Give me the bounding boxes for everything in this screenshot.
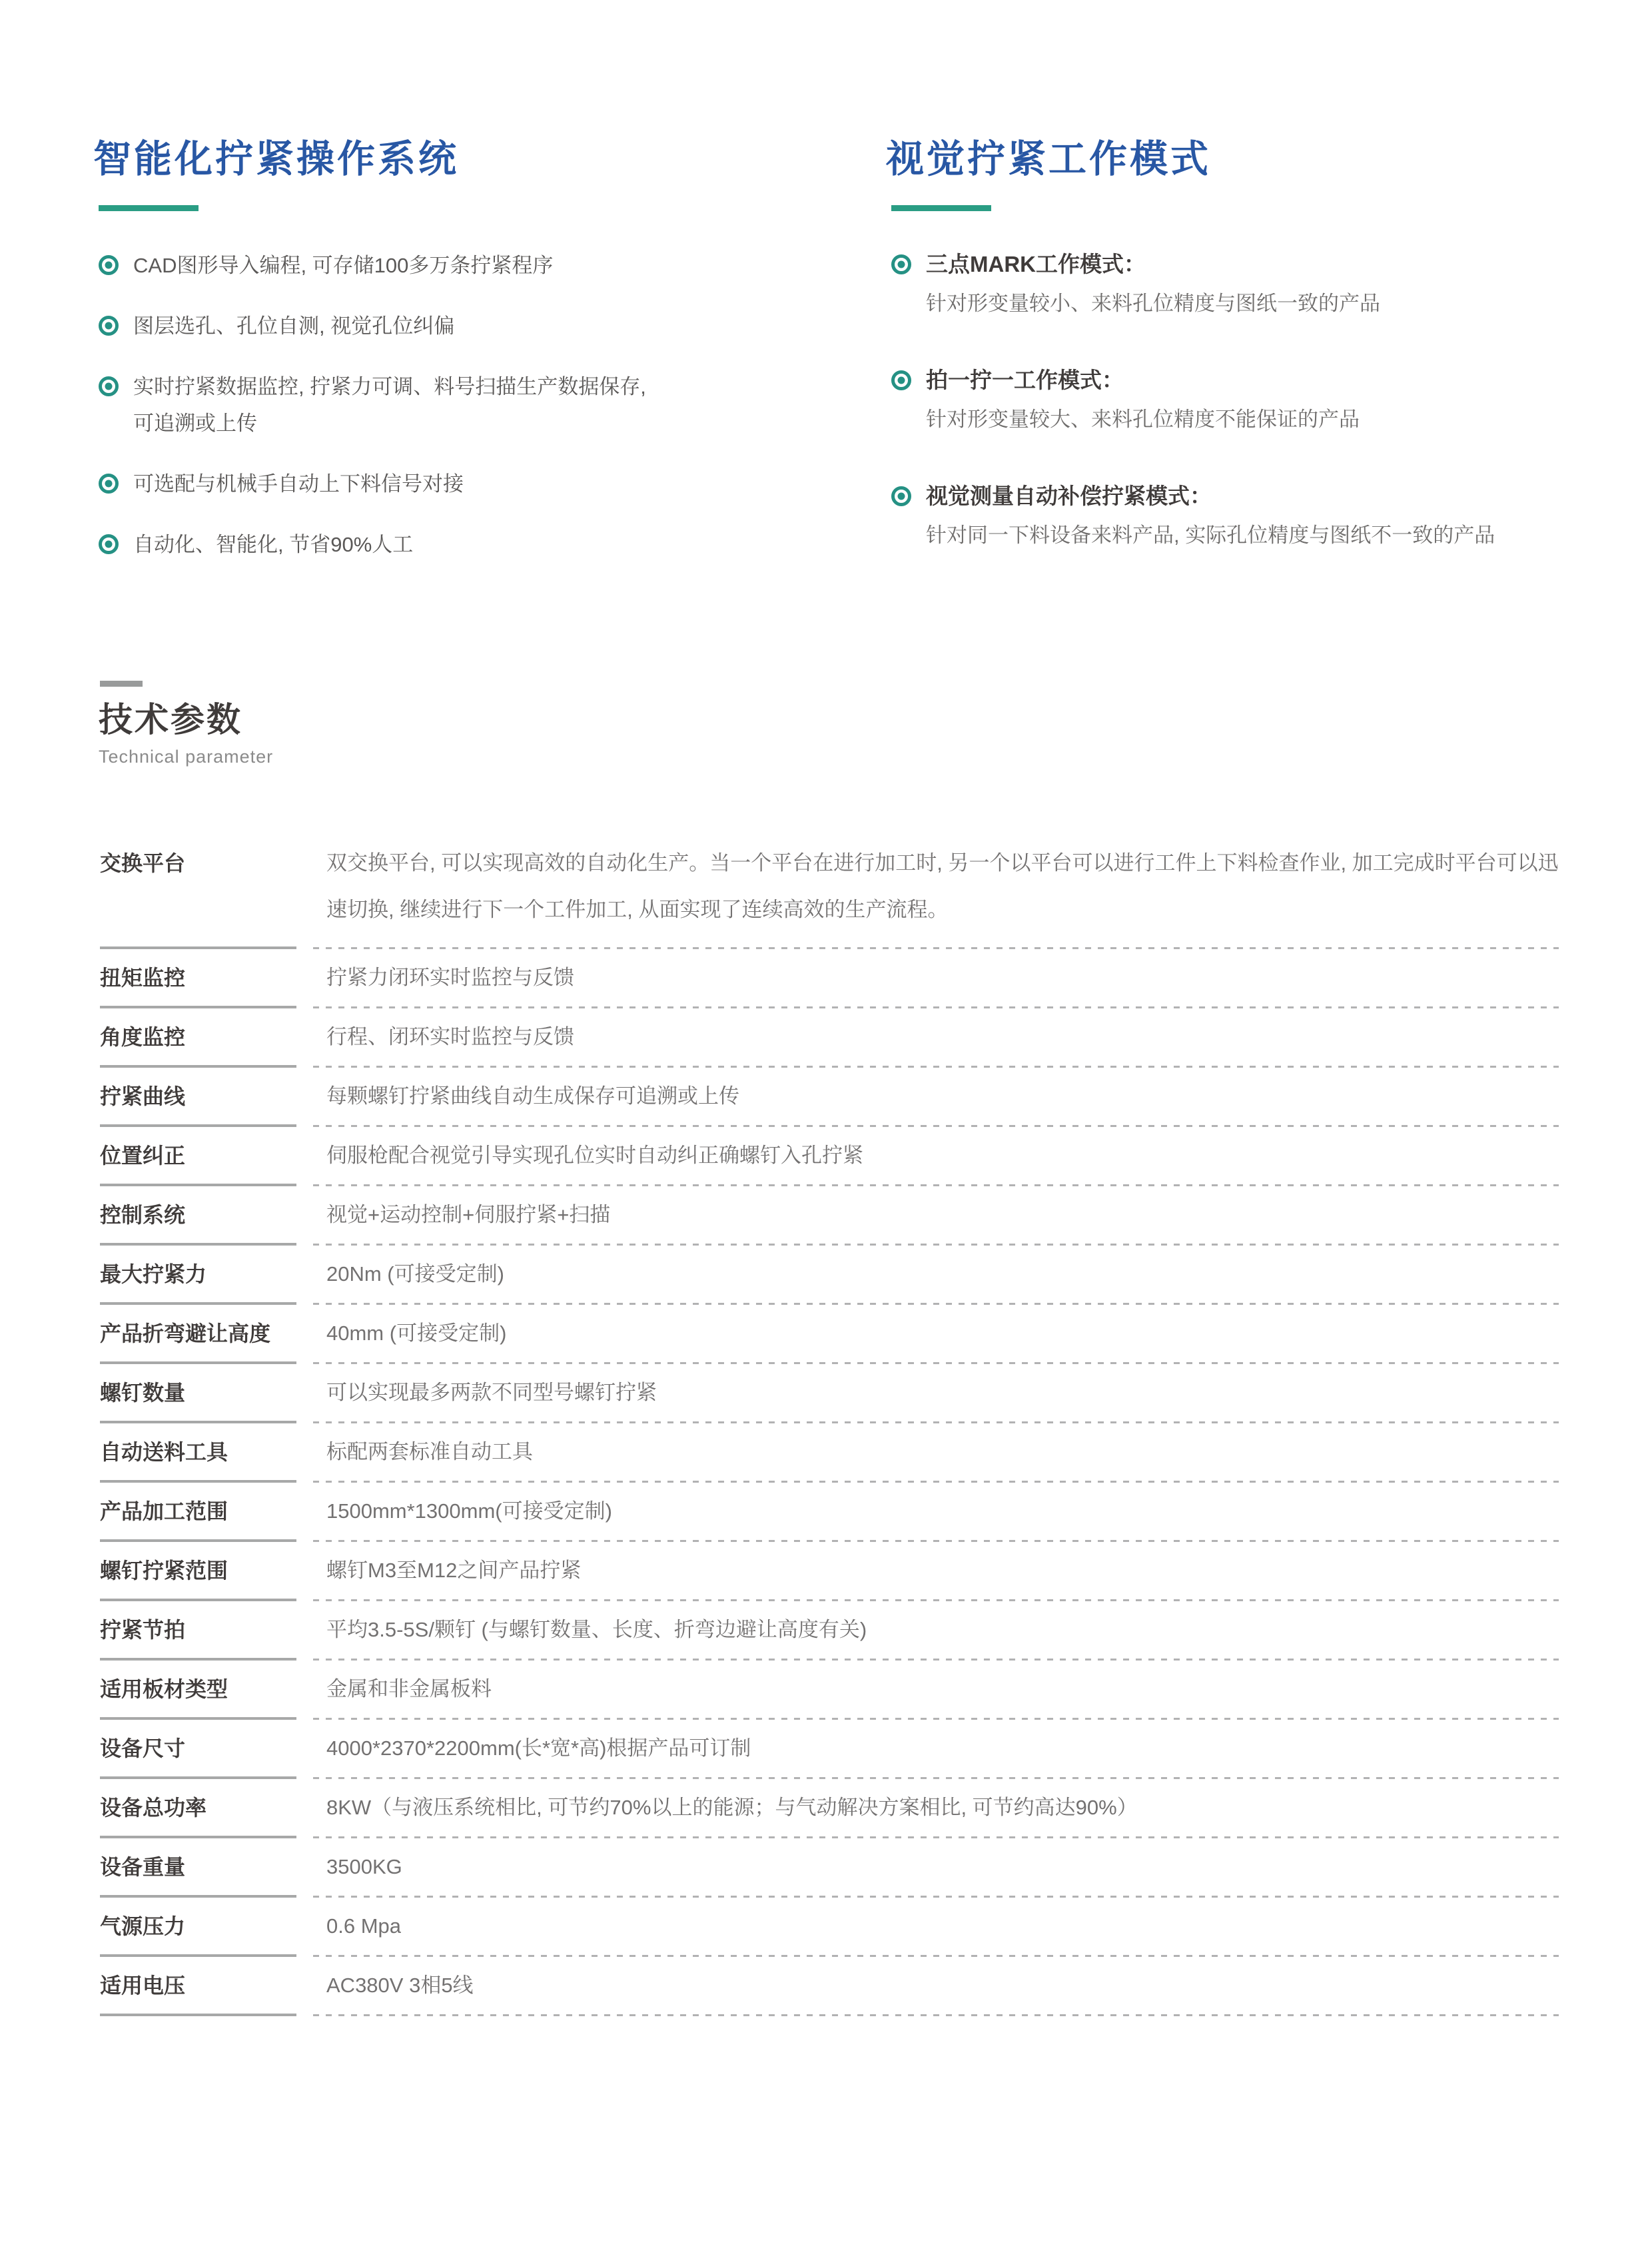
- row-divider: [100, 1954, 1559, 1957]
- row-divider: [100, 946, 1559, 949]
- divider-solid-segment: [100, 1954, 296, 1957]
- list-item: 可选配与机械手自动上下料信号对接: [93, 466, 859, 502]
- table-row: 交换平台 双交换平台, 可以实现高效的自动化生产。当一个平台在进行加工时, 另一…: [100, 829, 1559, 946]
- list-item: 视觉测量自动补偿拧紧模式： 针对同一下料设备来料产品, 实际孔位精度与图纸不一致…: [886, 479, 1632, 552]
- bullet-dot: [898, 261, 905, 268]
- divider-solid-segment: [100, 1599, 296, 1601]
- row-divider: [100, 2014, 1559, 2016]
- table-row: 位置纠正 伺服枪配合视觉引导实现孔位实时自动纠正确螺钉入孔拧紧: [100, 1127, 1559, 1184]
- table-row: 螺钉数量 可以实现最多两款不同型号螺钉拧紧: [100, 1364, 1559, 1421]
- section-title-right: 视觉拧紧工作模式: [886, 139, 1632, 180]
- spec-label: 螺钉拧紧范围: [100, 1556, 326, 1585]
- row-divider: [100, 1599, 1559, 1601]
- spec-table: 交换平台 双交换平台, 可以实现高效的自动化生产。当一个平台在进行加工时, 另一…: [100, 829, 1559, 2016]
- spec-value: 可以实现最多两款不同型号螺钉拧紧: [326, 1377, 1559, 1409]
- radio-bullet-icon: [99, 534, 119, 554]
- mode-title: 视觉测量自动补偿拧紧模式：: [926, 479, 1495, 514]
- tech-parameter-header: 技术参数 Technical parameter: [99, 681, 273, 767]
- spec-value: 金属和非金属板料: [326, 1673, 1559, 1705]
- divider-dotted-segment: [313, 1955, 1559, 1957]
- list-item: 拍一拧一工作模式： 针对形变量较大、来料孔位精度不能保证的产品: [886, 363, 1632, 436]
- bullet-dot: [105, 480, 113, 488]
- row-divider: [100, 1124, 1559, 1127]
- spec-value: 螺钉M3至M12之间产品拧紧: [326, 1555, 1559, 1587]
- radio-bullet-icon: [99, 474, 119, 494]
- divider-solid-segment: [100, 1065, 296, 1068]
- table-row: 产品加工范围 1500mm*1300mm(可接受定制): [100, 1483, 1559, 1539]
- tech-title: 技术参数: [99, 701, 273, 739]
- divider-gap: [296, 1896, 313, 1897]
- bullet-text: CAD图形导入编程, 可存储100多万条拧紧程序: [133, 254, 553, 277]
- spec-value: AC380V 3相5线: [326, 1970, 1559, 2002]
- spec-label: 气源压力: [100, 1912, 326, 1941]
- spec-value: 伺服枪配合视觉引导实现孔位实时自动纠正确螺钉入孔拧紧: [326, 1140, 1559, 1172]
- spec-value: 标配两套标准自动工具: [326, 1436, 1559, 1468]
- radio-bullet-icon: [891, 486, 911, 506]
- list-item: 图层选孔、孔位自测, 视觉孔位纠偏: [93, 308, 859, 344]
- row-divider: [100, 1776, 1559, 1779]
- divider-solid-segment: [100, 1006, 296, 1008]
- divider-dotted-segment: [313, 1836, 1559, 1838]
- divider-gap: [296, 1541, 313, 1541]
- title-underline-left: [99, 205, 199, 211]
- divider-solid-segment: [100, 1480, 296, 1483]
- table-row: 设备重量 3500KG: [100, 1838, 1559, 1895]
- table-row: 控制系统 视觉+运动控制+伺服拧紧+扫描: [100, 1186, 1559, 1243]
- divider-gap: [296, 1600, 313, 1601]
- divider-solid-segment: [100, 1836, 296, 1838]
- divider-dotted-segment: [313, 1303, 1559, 1305]
- spec-value: 拧紧力闭环实时监控与反馈: [326, 962, 1559, 994]
- spec-value: 8KW（与液压系统相比, 可节约70%以上的能源；与气动解决方案相比, 可节约高…: [326, 1792, 1559, 1824]
- divider-dotted-segment: [313, 1659, 1559, 1661]
- table-row: 气源压力 0.6 Mpa: [100, 1898, 1559, 1954]
- table-row: 螺钉拧紧范围 螺钉M3至M12之间产品拧紧: [100, 1542, 1559, 1599]
- spec-value: 4000*2370*2200mm(长*宽*高)根据产品可订制: [326, 1732, 1559, 1764]
- spec-label: 设备尺寸: [100, 1734, 326, 1763]
- divider-solid-segment: [100, 1658, 296, 1661]
- divider-dotted-segment: [313, 947, 1559, 949]
- spec-label: 设备总功率: [100, 1793, 326, 1822]
- spec-label: 适用电压: [100, 1971, 326, 2000]
- spec-value: 0.6 Mpa: [326, 1910, 1559, 1942]
- table-row: 最大拧紧力 20Nm (可接受定制): [100, 1246, 1559, 1302]
- spec-label: 产品折弯避让高度: [100, 1319, 326, 1348]
- spec-value: 平均3.5-5S/颗钉 (与螺钉数量、长度、折弯边避让高度有关): [326, 1614, 1559, 1646]
- divider-gap: [296, 1778, 313, 1778]
- mode-title: 三点MARK工作模式：: [926, 247, 1380, 282]
- table-row: 设备总功率 8KW（与液压系统相比, 可节约70%以上的能源；与气动解决方案相比…: [100, 1779, 1559, 1836]
- table-row: 自动送料工具 标配两套标准自动工具: [100, 1423, 1559, 1480]
- bullet-text: 可追溯或上传: [133, 412, 257, 435]
- divider-dotted-segment: [313, 1481, 1559, 1483]
- radio-bullet-icon: [891, 370, 911, 390]
- divider-gap: [296, 2015, 313, 2016]
- divider-dotted-segment: [313, 1362, 1559, 1364]
- table-row: 设备尺寸 4000*2370*2200mm(长*宽*高)根据产品可订制: [100, 1720, 1559, 1776]
- spec-label: 最大拧紧力: [100, 1260, 326, 1289]
- divider-gap: [296, 1066, 313, 1067]
- bullet-text: 实时拧紧数据监控, 拧紧力可调、料号扫描生产数据保存,: [133, 375, 646, 398]
- spec-label: 扭矩监控: [100, 963, 326, 992]
- mode-description: 针对形变量较小、来料孔位精度与图纸一致的产品: [926, 287, 1380, 320]
- radio-bullet-icon: [99, 255, 119, 275]
- spec-value: 20Nm (可接受定制): [326, 1258, 1559, 1290]
- row-divider: [100, 1717, 1559, 1720]
- divider-gap: [296, 1185, 313, 1186]
- spec-label: 螺钉数量: [100, 1378, 326, 1407]
- divider-solid-segment: [100, 2014, 296, 2016]
- list-item: CAD图形导入编程, 可存储100多万条拧紧程序: [93, 247, 859, 284]
- spec-label: 自动送料工具: [100, 1437, 326, 1467]
- divider-solid-segment: [100, 1776, 296, 1779]
- table-row: 角度监控 行程、闭环实时监控与反馈: [100, 1008, 1559, 1065]
- bullet-dot: [105, 541, 113, 548]
- spec-value: 行程、闭环实时监控与反馈: [326, 1021, 1559, 1053]
- row-divider: [100, 1836, 1559, 1838]
- divider-gap: [296, 1837, 313, 1838]
- spec-label: 角度监控: [100, 1022, 326, 1052]
- row-divider: [100, 1065, 1559, 1068]
- divider-solid-segment: [100, 946, 296, 949]
- tech-subtitle: Technical parameter: [99, 747, 273, 767]
- spec-label: 拧紧节拍: [100, 1615, 326, 1645]
- divider-dotted-segment: [313, 1718, 1559, 1720]
- row-divider: [100, 1243, 1559, 1246]
- radio-bullet-icon: [99, 376, 119, 396]
- divider-solid-segment: [100, 1895, 296, 1898]
- row-divider: [100, 1302, 1559, 1305]
- divider-gap: [296, 1718, 313, 1719]
- divider-dotted-segment: [313, 1066, 1559, 1068]
- spec-value: 双交换平台, 可以实现高效的自动化生产。当一个平台在进行加工时, 另一个以平台可…: [326, 840, 1559, 933]
- table-row: 拧紧曲线 每颗螺钉拧紧曲线自动生成保存可追溯或上传: [100, 1068, 1559, 1124]
- divider-gap: [296, 1363, 313, 1363]
- bullet-text: 可选配与机械手自动上下料信号对接: [133, 472, 464, 496]
- divider-solid-segment: [100, 1421, 296, 1423]
- divider-dotted-segment: [313, 1421, 1559, 1423]
- divider-gap: [296, 948, 313, 948]
- section-intelligent-tightening: 智能化拧紧操作系统 CAD图形导入编程, 可存储100多万条拧紧程序 图层选孔、…: [93, 139, 859, 587]
- table-row: 产品折弯避让高度 40mm (可接受定制): [100, 1305, 1559, 1361]
- divider-gap: [296, 1126, 313, 1126]
- divider-dotted-segment: [313, 2014, 1559, 2016]
- bullet-dot: [898, 493, 905, 500]
- tech-header-dash: [100, 681, 143, 687]
- spec-value: 视觉+运动控制+伺服拧紧+扫描: [326, 1199, 1559, 1231]
- bullet-dot: [898, 377, 905, 384]
- brochure-page: 智能化拧紧操作系统 CAD图形导入编程, 可存储100多万条拧紧程序 图层选孔、…: [0, 0, 1652, 2242]
- spec-value: 40mm (可接受定制): [326, 1317, 1559, 1349]
- divider-solid-segment: [100, 1184, 296, 1186]
- divider-solid-segment: [100, 1124, 296, 1127]
- divider-gap: [296, 1422, 313, 1423]
- row-divider: [100, 1361, 1559, 1364]
- row-divider: [100, 1421, 1559, 1423]
- spec-label: 拧紧曲线: [100, 1082, 326, 1111]
- row-divider: [100, 1006, 1559, 1008]
- divider-solid-segment: [100, 1302, 296, 1305]
- divider-solid-segment: [100, 1243, 296, 1246]
- divider-gap: [296, 1007, 313, 1008]
- section-vision-work-modes: 视觉拧紧工作模式 三点MARK工作模式： 针对形变量较小、来料孔位精度与图纸一致…: [886, 139, 1632, 595]
- radio-bullet-icon: [99, 316, 119, 336]
- spec-value: 每颗螺钉拧紧曲线自动生成保存可追溯或上传: [326, 1080, 1559, 1112]
- list-item: 自动化、智能化, 节省90%人工: [93, 526, 859, 563]
- divider-gap: [296, 1304, 313, 1304]
- section-title-left: 智能化拧紧操作系统: [93, 139, 859, 180]
- row-divider: [100, 1658, 1559, 1661]
- row-divider: [100, 1184, 1559, 1186]
- divider-dotted-segment: [313, 1244, 1559, 1246]
- list-item: 实时拧紧数据监控, 拧紧力可调、料号扫描生产数据保存, 可追溯或上传: [93, 368, 859, 442]
- bullet-text: 图层选孔、孔位自测, 视觉孔位纠偏: [133, 314, 454, 338]
- divider-dotted-segment: [313, 1896, 1559, 1898]
- mode-description: 针对形变量较大、来料孔位精度不能保证的产品: [926, 403, 1360, 436]
- divider-gap: [296, 1659, 313, 1660]
- bullet-dot: [105, 322, 113, 330]
- row-divider: [100, 1539, 1559, 1542]
- list-item: 三点MARK工作模式： 针对形变量较小、来料孔位精度与图纸一致的产品: [886, 247, 1632, 320]
- spec-label: 控制系统: [100, 1200, 326, 1230]
- spec-label: 交换平台: [100, 840, 326, 887]
- bullet-text: 自动化、智能化, 节省90%人工: [133, 533, 413, 556]
- divider-solid-segment: [100, 1361, 296, 1364]
- mode-title: 拍一拧一工作模式：: [926, 363, 1360, 398]
- divider-gap: [296, 1956, 313, 1956]
- spec-label: 适用板材类型: [100, 1675, 326, 1704]
- divider-dotted-segment: [313, 1540, 1559, 1542]
- divider-dotted-segment: [313, 1006, 1559, 1008]
- spec-label: 产品加工范围: [100, 1497, 326, 1526]
- title-underline-right: [891, 205, 991, 211]
- row-divider: [100, 1895, 1559, 1898]
- divider-dotted-segment: [313, 1777, 1559, 1779]
- mode-description: 针对同一下料设备来料产品, 实际孔位精度与图纸不一致的产品: [926, 519, 1495, 552]
- radio-bullet-icon: [891, 254, 911, 274]
- table-row: 扭矩监控 拧紧力闭环实时监控与反馈: [100, 949, 1559, 1006]
- divider-solid-segment: [100, 1539, 296, 1542]
- table-row: 拧紧节拍 平均3.5-5S/颗钉 (与螺钉数量、长度、折弯边避让高度有关): [100, 1601, 1559, 1658]
- mode-list: 三点MARK工作模式： 针对形变量较小、来料孔位精度与图纸一致的产品 拍一拧一工…: [886, 247, 1632, 552]
- bullet-dot: [105, 262, 113, 269]
- divider-gap: [296, 1481, 313, 1482]
- divider-dotted-segment: [313, 1184, 1559, 1186]
- divider-dotted-segment: [313, 1599, 1559, 1601]
- spec-label: 位置纠正: [100, 1141, 326, 1170]
- feature-bullet-list: CAD图形导入编程, 可存储100多万条拧紧程序 图层选孔、孔位自测, 视觉孔位…: [93, 247, 859, 563]
- spec-value: 3500KG: [326, 1851, 1559, 1883]
- divider-solid-segment: [100, 1717, 296, 1720]
- bullet-dot: [105, 383, 113, 390]
- spec-value: 1500mm*1300mm(可接受定制): [326, 1495, 1559, 1527]
- row-divider: [100, 1480, 1559, 1483]
- table-row: 适用电压 AC380V 3相5线: [100, 1957, 1559, 2014]
- spec-label: 设备重量: [100, 1852, 326, 1882]
- divider-gap: [296, 1244, 313, 1245]
- table-row: 适用板材类型 金属和非金属板料: [100, 1661, 1559, 1717]
- divider-dotted-segment: [313, 1125, 1559, 1127]
